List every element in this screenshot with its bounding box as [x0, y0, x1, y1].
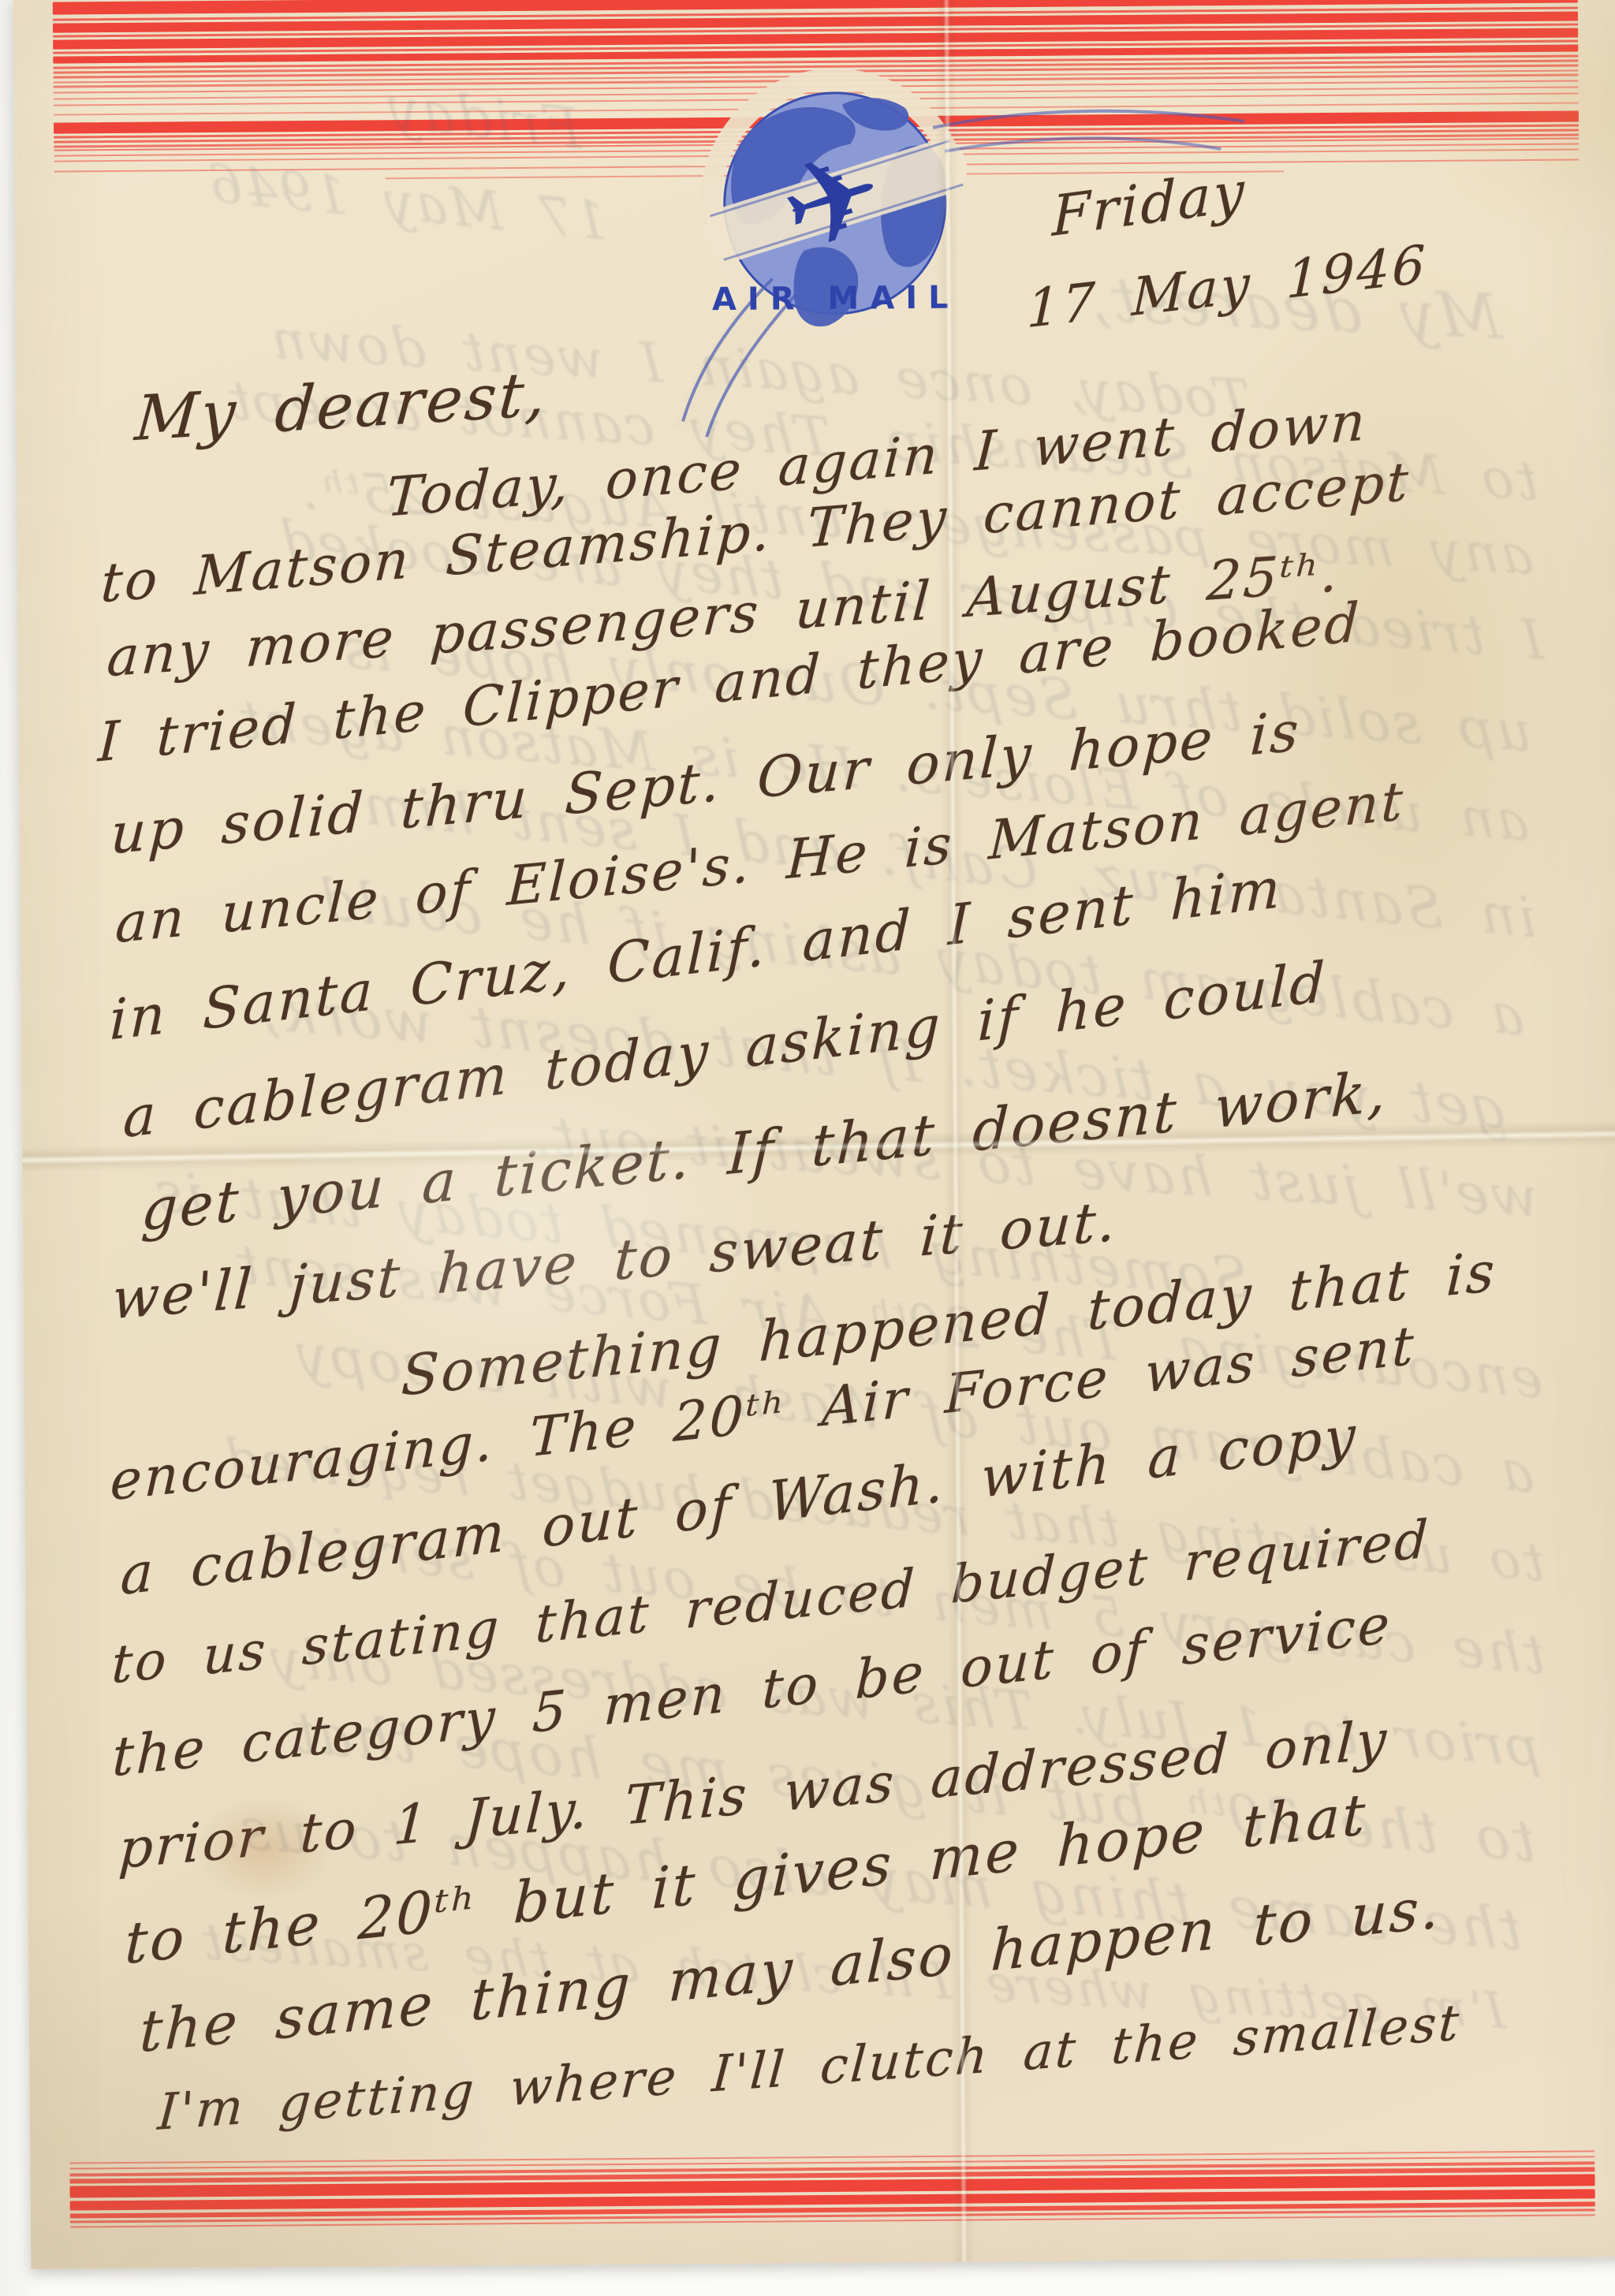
handwriting-line: Friday [1052, 158, 1247, 249]
scanned-letter: ✈ AIR MAIL Friday17 May 1946My dearest,T… [0, 0, 1615, 2296]
letter-paper: ✈ AIR MAIL Friday17 May 1946My dearest,T… [13, 0, 1615, 2269]
handwriting-line: 17 May 1946 [1026, 233, 1428, 340]
handwriting-line: My dearest, [132, 359, 550, 455]
